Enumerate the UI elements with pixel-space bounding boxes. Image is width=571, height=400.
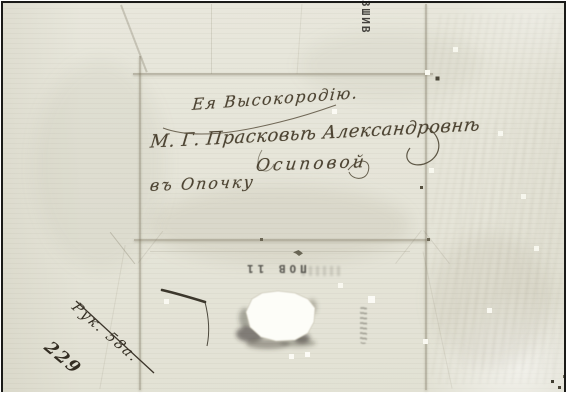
pen-stroke xyxy=(205,302,209,346)
scanned-letter: Ея Высокородію. М. Г. Прасковьѣ Александ… xyxy=(0,0,571,400)
handwriting-strokes xyxy=(0,0,571,400)
archival-slash xyxy=(76,301,154,373)
flourish-stroke xyxy=(163,105,336,134)
paper-specks xyxy=(0,0,1,1)
flourish-stroke xyxy=(407,128,439,165)
pen-stroke xyxy=(162,290,205,302)
flourish-stroke xyxy=(258,150,274,171)
flourish-stroke xyxy=(348,161,369,178)
